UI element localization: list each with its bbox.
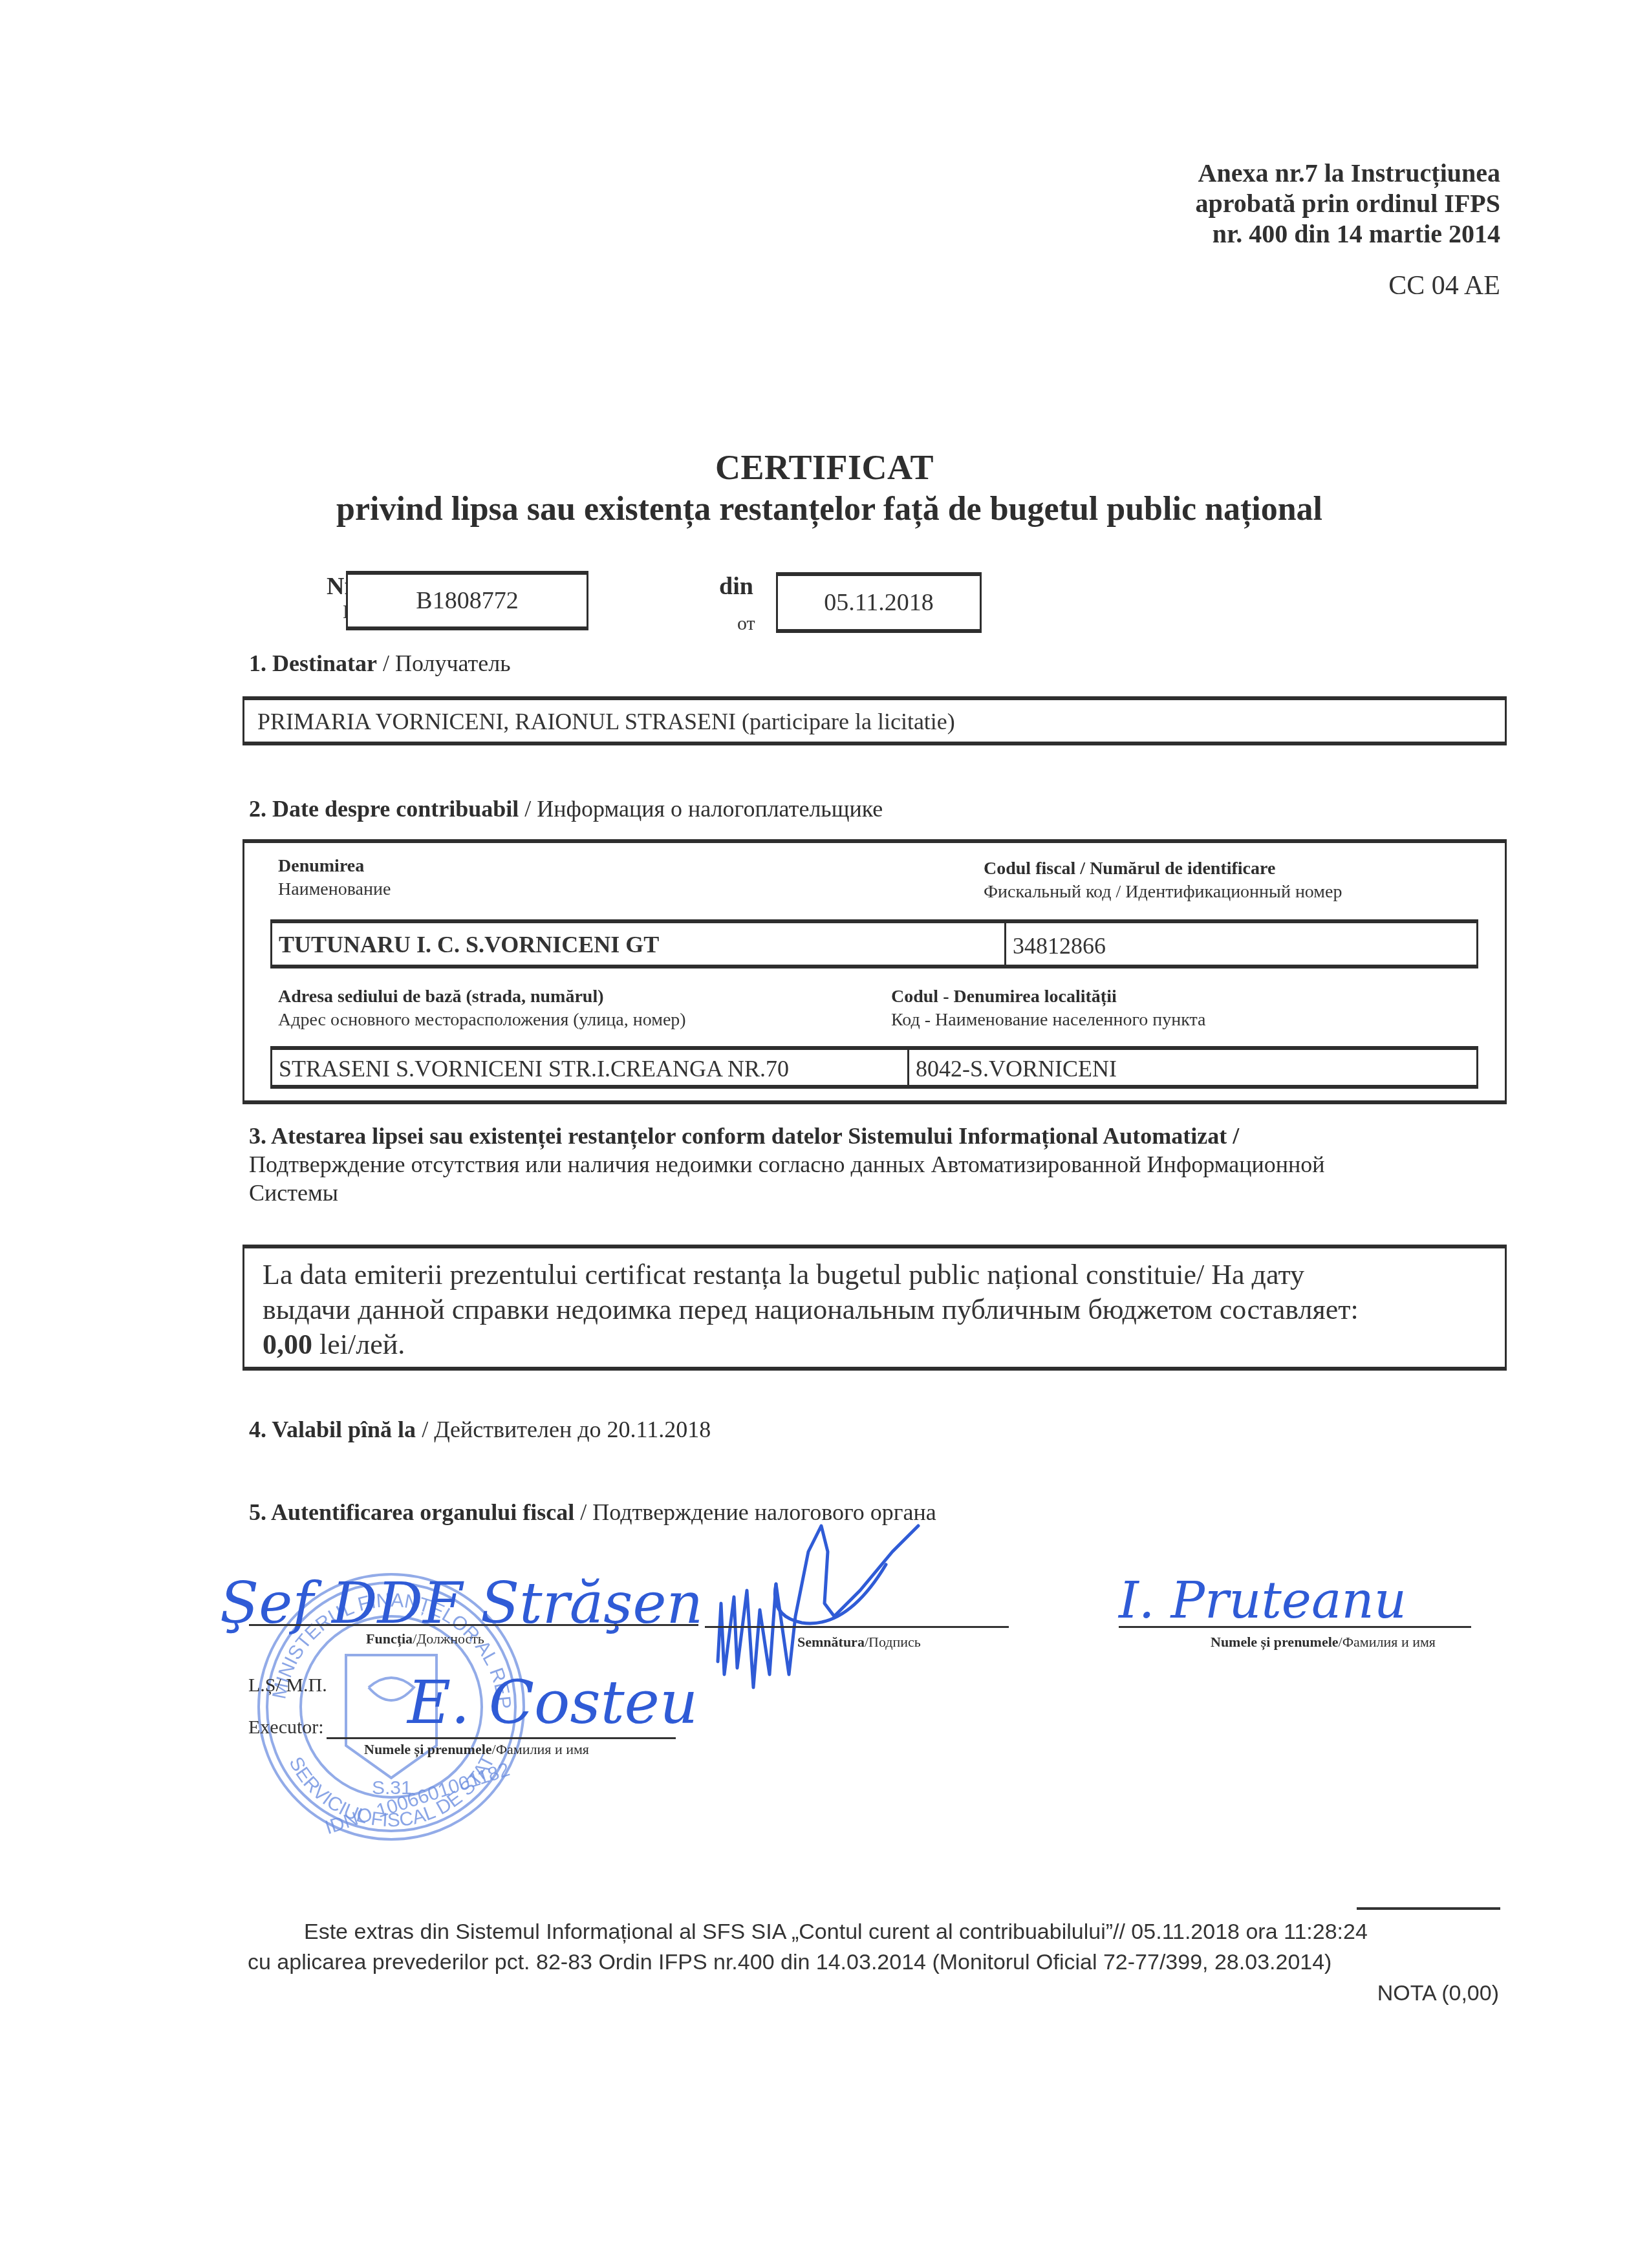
name-label: Denumirea bbox=[278, 856, 364, 877]
recipient-field: PRIMARIA VORNICENI, RAIONUL STRASENI (pa… bbox=[242, 696, 1507, 745]
taxpayer-info-panel: Denumirea Наименование Codul fiscal / Nu… bbox=[242, 839, 1507, 1104]
footer-rule bbox=[1357, 1907, 1500, 1910]
fiscal-code-label-ru: Фискальный код / Идентификационный номер bbox=[984, 882, 1342, 903]
taxpayer-name: TUTUNARU I. C. S.VORNICENI GT bbox=[279, 931, 659, 958]
certificate-date-field: 05.11.2018 bbox=[776, 572, 982, 633]
footer-line-1: Este extras din Sistemul Informațional a… bbox=[304, 1917, 1368, 1947]
section-1-heading-ru: / Получатель bbox=[377, 650, 511, 676]
executor-line bbox=[327, 1737, 676, 1739]
locality-label: Codul - Denumirea localității bbox=[891, 987, 1117, 1007]
certificate-number-field: B1808772 bbox=[346, 571, 588, 630]
valid-until-value: / Действителен до 20.11.2018 bbox=[416, 1417, 711, 1442]
certificate-number: B1808772 bbox=[416, 586, 518, 615]
section-5-heading-ro: 5. Autentificarea organului fiscal bbox=[249, 1499, 574, 1525]
arrears-statement: La data emiterii prezentului certificat … bbox=[263, 1257, 1359, 1362]
address-label: Adresa sediului de bază (strada, numărul… bbox=[278, 987, 604, 1007]
section-1-heading-ro: 1. Destinatar bbox=[249, 650, 377, 676]
name-caption-ro: Numele și prenumele bbox=[1211, 1634, 1339, 1650]
locality-value: 8042-S.VORNICENI bbox=[916, 1055, 1117, 1082]
address-row: STRASENI S.VORNICENI STR.I.CREANGA NR.70… bbox=[270, 1046, 1478, 1089]
section-3-heading: 3. Atestarea lipsei sau existenței resta… bbox=[249, 1122, 1325, 1207]
function-caption-ru: /Должность bbox=[413, 1631, 484, 1647]
function-line bbox=[249, 1624, 698, 1626]
signature-line bbox=[705, 1626, 1009, 1628]
taxpayer-row: TUTUNARU I. C. S.VORNICENI GT 34812866 bbox=[270, 919, 1478, 968]
name-label-ru: Наименование bbox=[278, 879, 391, 900]
locality-label-ru: Код - Наименование населенного пункта bbox=[891, 1010, 1205, 1031]
name-handwriting: I. Pruteanu bbox=[1112, 1565, 1513, 1636]
column-divider bbox=[907, 1050, 909, 1085]
section-2-heading: 2. Date despre contribuabil / Информация… bbox=[249, 795, 883, 822]
name-line bbox=[1119, 1626, 1471, 1628]
statement-amount-line: 0,00 lei/лей. bbox=[263, 1327, 1359, 1362]
seal-label: L.Ș/ М.П. bbox=[248, 1674, 327, 1696]
recipient-value: PRIMARIA VORNICENI, RAIONUL STRASENI (pa… bbox=[257, 708, 955, 735]
date-label-ru: от bbox=[737, 613, 755, 635]
executor-value: E. Costeu bbox=[406, 1668, 698, 1737]
name-caption-ru: /Фамилия и имя bbox=[1339, 1634, 1436, 1650]
address-label-ru: Адрес основного месторасположения (улица… bbox=[278, 1010, 686, 1031]
function-caption: Funcția/Должность bbox=[366, 1631, 484, 1647]
executor-caption-ro: Numele și prenumele bbox=[364, 1741, 492, 1757]
annex-line: nr. 400 din 14 martie 2014 bbox=[1195, 219, 1500, 249]
signature-caption-ru: /Подпись bbox=[865, 1634, 921, 1650]
section-4-heading: 4. Valabil pînă la / Действителен до 20.… bbox=[249, 1416, 711, 1443]
fiscal-code-value: 34812866 bbox=[1013, 932, 1106, 959]
function-value: Şef DDF Străşeni bbox=[220, 1570, 705, 1636]
column-divider bbox=[1004, 923, 1006, 965]
arrears-amount: 0,00 bbox=[263, 1329, 312, 1360]
date-label: din bbox=[719, 572, 753, 601]
document-title: CERTIFICAT bbox=[0, 447, 1649, 487]
address-value: STRASENI S.VORNICENI STR.I.CREANGA NR.70 bbox=[279, 1055, 789, 1082]
seal-label-text: L.Ș/ М.П. bbox=[248, 1674, 327, 1696]
section-3-heading-ru-2: Системы bbox=[249, 1179, 1325, 1207]
section-3-heading-ro: 3. Atestarea lipsei sau existenței resta… bbox=[249, 1122, 1325, 1150]
name-caption: Numele și prenumele/Фамилия и имя bbox=[1211, 1634, 1436, 1651]
valid-until-label: 4. Valabil pînă la bbox=[249, 1417, 416, 1442]
document-subtitle: privind lipsa sau existența restanțelor … bbox=[336, 490, 1322, 528]
fiscal-code-label: Codul fiscal / Numărul de identificare bbox=[984, 859, 1275, 879]
function-caption-ro: Funcția bbox=[366, 1631, 413, 1647]
section-1-heading: 1. Destinatar / Получатель bbox=[249, 650, 511, 677]
annex-reference: Anexa nr.7 la Instrucțiunea aprobată pri… bbox=[1195, 158, 1500, 249]
form-code: CC 04 AE bbox=[1388, 270, 1500, 301]
footer-nota: NOTA (0,00) bbox=[1377, 1978, 1499, 2008]
section-3-heading-ru: Подтверждение отсутствия или наличия нед… bbox=[249, 1150, 1325, 1179]
name-value: I. Pruteanu bbox=[1117, 1572, 1406, 1630]
statement-line-1: La data emiterii prezentului certificat … bbox=[263, 1257, 1359, 1292]
arrears-statement-box: La data emiterii prezentului certificat … bbox=[242, 1245, 1507, 1371]
executor-handwriting: E. Costeu bbox=[401, 1655, 724, 1739]
annex-line: Anexa nr.7 la Instrucțiunea bbox=[1195, 158, 1500, 188]
section-2-heading-ru: / Информация о налогоплательщике bbox=[519, 796, 883, 822]
signature-caption: Semnătura/Подпись bbox=[797, 1634, 921, 1651]
statement-line-2: выдачи данной справки недоимка перед нац… bbox=[263, 1292, 1359, 1327]
certificate-date: 05.11.2018 bbox=[824, 588, 934, 617]
section-2-heading-ro: 2. Date despre contribuabil bbox=[249, 796, 519, 822]
annex-line: aprobată prin ordinul IFPS bbox=[1195, 188, 1500, 219]
signature-scribble bbox=[698, 1513, 1035, 1694]
executor-caption: Numele și prenumele/Фамилия и имя bbox=[364, 1741, 589, 1758]
signature-caption-ro: Semnătura bbox=[797, 1634, 865, 1650]
executor-caption-ru: /Фамилия и имя bbox=[492, 1741, 589, 1757]
footer-line-2: cu aplicarea prevederilor pct. 82-83 Ord… bbox=[248, 1947, 1331, 1977]
executor-label: Executor: bbox=[248, 1717, 324, 1738]
arrears-currency: lei/лей. bbox=[312, 1329, 405, 1360]
